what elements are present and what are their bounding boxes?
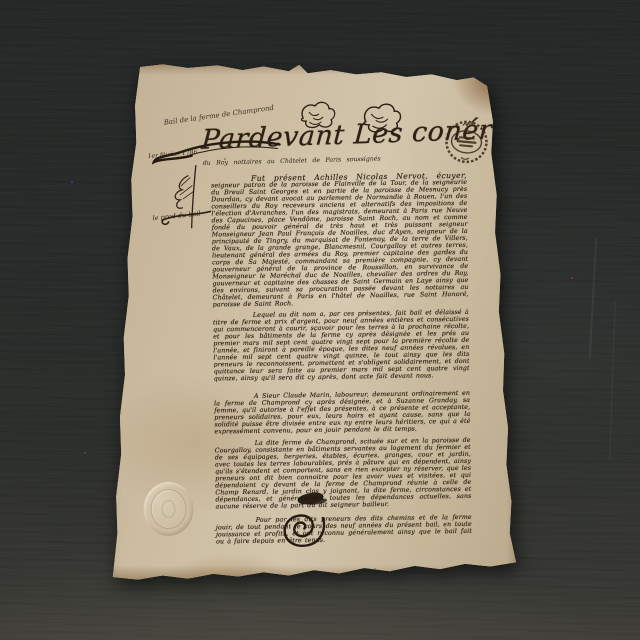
marginal-leaf-flourish-icon: [160, 163, 213, 236]
body-paragraph: La dite ferme de Champrond, scituée sur …: [215, 437, 472, 511]
parchment-shadow-layer: Bail de la ferme de Champrond: [0, 0, 640, 640]
photo-of-antique-document: Bail de la ferme de Champrond: [0, 0, 640, 640]
body-paragraph: Fut présent Achilles Nicolas Nervot, écu…: [211, 172, 469, 309]
parchment-document: Bail de la ferme de Champrond: [104, 58, 524, 586]
body-paragraph: Pour par les dits preneurs des dits chem…: [216, 514, 472, 546]
body-paragraph: A Sieur Claude Marin, laboureur, demeura…: [214, 390, 471, 436]
body-paragraph: Lequel au dit nom a, par ces présentes, …: [213, 309, 470, 383]
blind-embossed-paper-seal-icon: [143, 482, 194, 537]
document-content: Bail de la ferme de Champrond: [100, 55, 527, 589]
body-text-column: Fut présent Achilles Nicolas Nervot, écu…: [211, 172, 472, 550]
